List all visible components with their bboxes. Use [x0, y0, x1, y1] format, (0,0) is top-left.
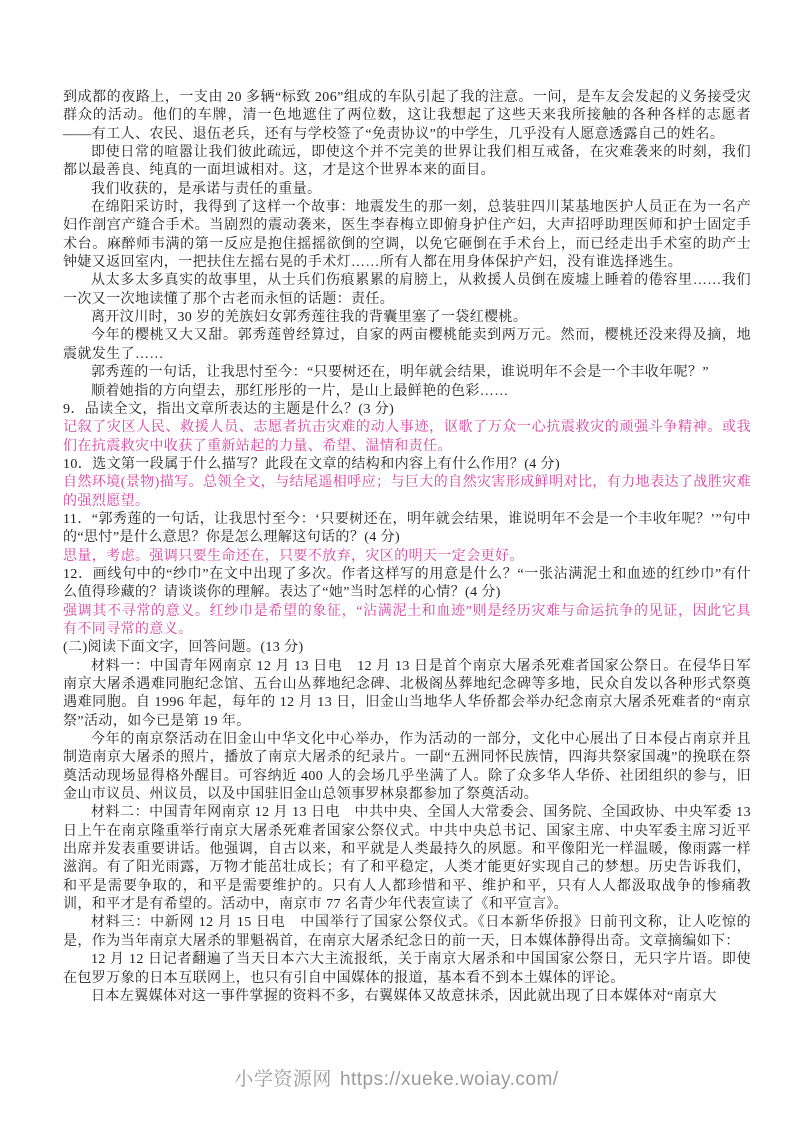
footer-url: https://xueke.woiay.com/ [340, 1069, 559, 1090]
body-paragraph: 我们收获的，是承诺与责任的重量。 [63, 181, 751, 199]
answer-paragraph: 自然环境(景物)描写。总领全文，与结尾遥相呼应；与巨大的自然灾害形成鲜明对比，有… [63, 474, 751, 511]
document-page: 到成都的夜路上，一支由 20 多辆“标致 206”组成的车队引起了我的注意。一问… [0, 0, 793, 1122]
body-paragraph: 材料一：中国青年网南京 12 月 13 日电 12 月 13 日是首个南京大屠杀… [63, 658, 751, 731]
question-paragraph: 9．品读全文，指出文章所表达的主题是什么？(3 分) [63, 401, 751, 419]
answer-paragraph: 思量，考虑。强调只要生命还在，只要不放弃，灾区的明天一定会更好。 [63, 548, 751, 566]
body-paragraph: 到成都的夜路上，一支由 20 多辆“标致 206”组成的车队引起了我的注意。一问… [63, 89, 751, 144]
body-paragraph: 离开汶川时，30 岁的羌族妇女郭秀莲往我的背囊里塞了一袋红樱桃。 [63, 309, 751, 327]
question-paragraph: 11．“郭秀莲的一句话，让我思忖至今：‘只要树还在，明年就会结果，谁说明年不会是… [63, 511, 751, 548]
body-paragraph: 即使日常的喧嚣让我们彼此疏远，即使这个并不完美的世界让我们相互戒备，在灾难袭来的… [63, 144, 751, 181]
document-body: 到成都的夜路上，一支由 20 多辆“标致 206”组成的车队引起了我的注意。一问… [63, 89, 751, 1006]
body-paragraph: 今年的樱桃又大又甜。郭秀莲曾经算过，自家的两亩樱桃能卖到两万元。然而，樱桃还没来… [63, 327, 751, 364]
body-paragraph: 从太多太多真实的故事里，从士兵们伤痕累累的肩膀上，从救援人员倒在废墟上睡着的倦容… [63, 272, 751, 309]
footer-site-name: 小学资源网 [234, 1069, 332, 1090]
question-paragraph: 12．画线句中的“纱巾”在文中出现了多次。作者这样写的用意是什么？“一张沾满泥土… [63, 566, 751, 603]
body-paragraph: 在绵阳采访时，我得到了这样一个故事：地震发生的那一刻，总装驻四川某基地医护人员正… [63, 199, 751, 272]
question-paragraph: 10．选文第一段属于什么描写？此段在文章的结构和内容上有什么作用？(4 分) [63, 456, 751, 474]
answer-paragraph: 强调其不寻常的意义。红纱巾是希望的象征，“沾满泥土和血迹”则是经历灾难与命运抗争… [63, 603, 751, 640]
body-paragraph: 今年的南京祭活动在旧金山中华文化中心举办，作为活动的一部分，文化中心展出了日本侵… [63, 731, 751, 804]
body-paragraph: 12 月 12 日记者翻遍了当天日本六大主流报纸，关于南京大屠杀和中国国家公祭日… [63, 951, 751, 988]
answer-paragraph: 记叙了灾区人民、救援人员、志愿者抗击灾难的动人事迹，讴歌了万众一心抗震救灾的顽强… [63, 419, 751, 456]
body-paragraph: 郭秀莲的一句话，让我思忖至今：“只要树还在，明年就会结果，谁说明年不会是一个丰收… [63, 364, 751, 382]
section-heading: (二)阅读下面文字，回答问题。(13 分) [63, 639, 751, 657]
body-paragraph: 材料二：中国青年网南京 12 月 13 日电 中共中央、全国人大常委会、国务院、… [63, 804, 751, 914]
body-paragraph: 顺着她指的方向望去，那红彤彤的一片，是山上最鲜艳的色彩…… [63, 383, 751, 401]
body-paragraph: 材料三：中新网 12 月 15 日电 中国举行了国家公祭仪式。《日本新华侨报》日… [63, 914, 751, 951]
body-paragraph: 日本左翼媒体对这一事件掌握的资料不多，右翼媒体又故意抹杀，因此就出现了日本媒体对… [63, 988, 751, 1006]
page-footer: 小学资源网https://xueke.woiay.com/ [0, 1064, 793, 1091]
